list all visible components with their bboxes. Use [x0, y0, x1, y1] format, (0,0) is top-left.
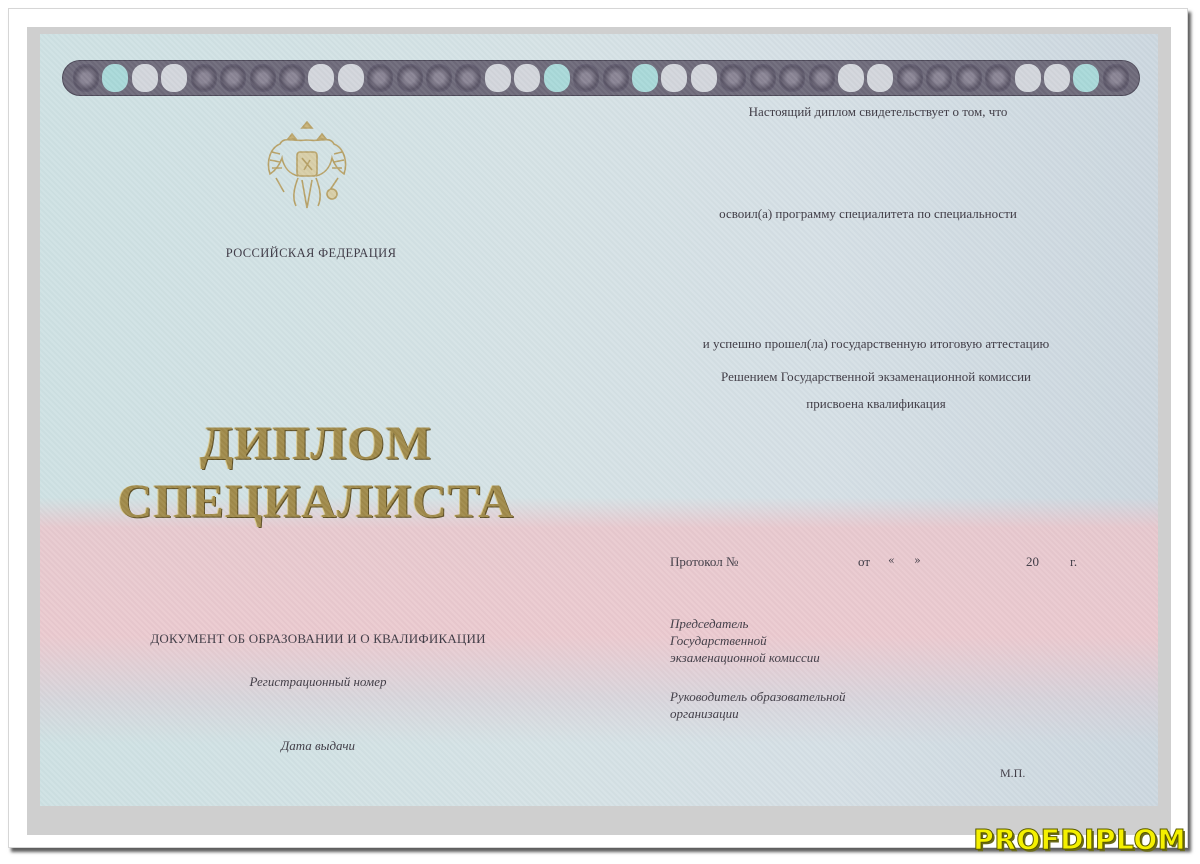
- issue-date-label: Дата выдачи: [281, 738, 355, 754]
- certifies-text: Настоящий диплом свидетельствует о том, …: [749, 104, 1008, 120]
- registration-number-label: Регистрационный номер: [250, 674, 387, 690]
- chairman-label: Председатель Государственной экзаменацио…: [670, 615, 820, 666]
- head-of-organization-label: Руководитель образовательной организации: [670, 688, 846, 722]
- mastered-program-text: освоил(а) программу специалитета по спец…: [719, 206, 1017, 222]
- guilloche-band: [62, 60, 1140, 96]
- protocol-label: Протокол №: [670, 554, 738, 570]
- document-type: ДОКУМЕНТ ОБ ОБРАЗОВАНИИ И О КВАЛИФИКАЦИИ: [150, 631, 485, 647]
- seal-placeholder: М.П.: [1000, 766, 1025, 781]
- year-prefix: 20: [1026, 554, 1039, 570]
- from-label: от: [858, 554, 870, 570]
- country-name: РОССИЙСКАЯ ФЕДЕРАЦИЯ: [226, 246, 397, 261]
- commission-decision-text: Решением Государственной экзаменационной…: [721, 369, 1031, 385]
- attestation-text: и успешно прошел(ла) государственную ито…: [703, 336, 1050, 352]
- diploma-sheet: РОССИЙСКАЯ ФЕДЕРАЦИЯ ДИПЛОМ СПЕЦИАЛИСТА …: [40, 34, 1158, 806]
- diploma-title-line1: ДИПЛОМ: [200, 416, 432, 471]
- diploma-title-line2: СПЕЦИАЛИСТА: [118, 474, 514, 529]
- year-suffix: г.: [1070, 554, 1077, 570]
- watermark-logo: PROFDIPLOM: [973, 823, 1186, 856]
- double-headed-eagle-icon: [262, 118, 352, 214]
- qualification-awarded-text: присвоена квалификация: [806, 396, 945, 412]
- quote-close: »: [914, 554, 921, 567]
- quote-open: «: [888, 554, 895, 567]
